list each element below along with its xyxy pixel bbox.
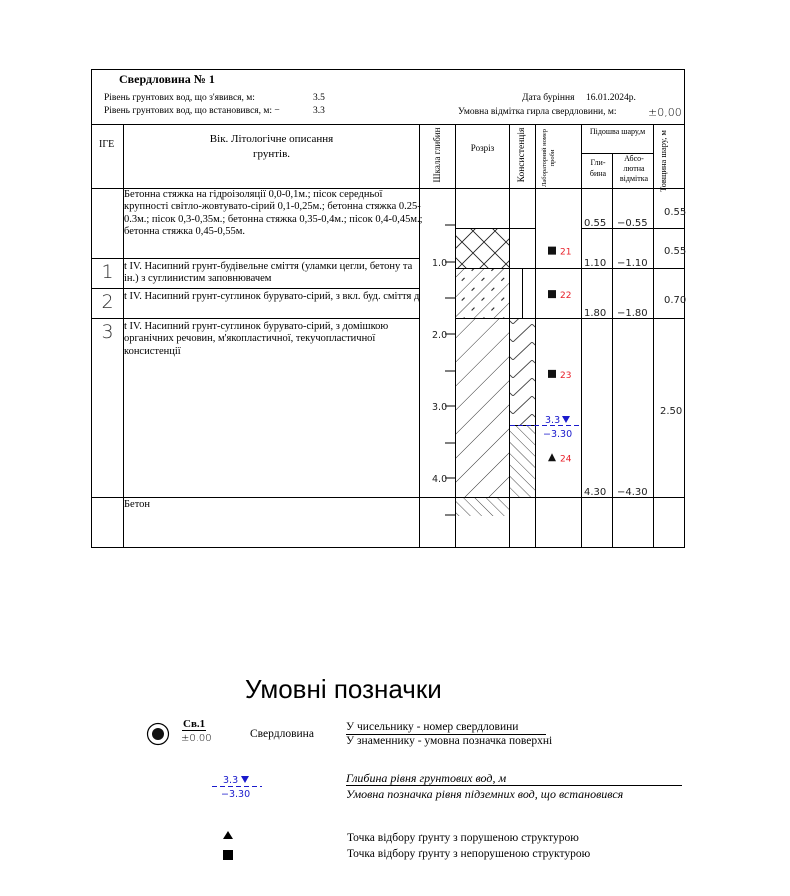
ige-number-1: 1 <box>92 261 123 283</box>
legend-groundwater-symbol: 3.3 −3.30 <box>210 772 265 800</box>
depth-scale-labels: 1.0 2.0 3.0 4.0 <box>432 258 447 485</box>
sample-number: 24 <box>560 454 572 464</box>
svg-text:1.0: 1.0 <box>432 258 447 269</box>
triangle-icon <box>548 453 556 461</box>
svg-text:3.0: 3.0 <box>432 402 447 413</box>
svg-text:0.55: 0.55 <box>664 207 686 218</box>
svg-text:−1.10: −1.10 <box>617 258 648 269</box>
svg-text:2.0: 2.0 <box>432 330 447 341</box>
col-consistency: Консистенція <box>517 115 527 195</box>
col-description-line1: Вік. Літологічне описання <box>124 133 419 145</box>
legend-borehole-den-desc: У знаменнику - умовна позначка поверхні <box>346 735 552 748</box>
legend-borehole-label: Свердловина <box>250 728 314 740</box>
svg-text:−4.30: −4.30 <box>617 487 648 498</box>
svg-text:−3.30: −3.30 <box>543 429 572 440</box>
groundwater-marker: 3.3 −3.30 <box>543 415 572 440</box>
svg-text:−0.55: −0.55 <box>617 218 648 229</box>
svg-text:1.80: 1.80 <box>584 308 606 319</box>
svg-text:−3.30: −3.30 <box>221 789 250 800</box>
svg-text:3.3: 3.3 <box>223 775 238 786</box>
square-icon <box>223 850 233 860</box>
layer-description-2: t IV. Насипний грунт-суглинок бурувато-с… <box>124 291 420 303</box>
svg-text:−1.80: −1.80 <box>617 308 648 319</box>
legend-disturbed-desc: Точка відбору ґрунту з порушеною структу… <box>347 832 579 844</box>
ige-number-3: 3 <box>92 321 123 343</box>
svg-text:4.30: 4.30 <box>584 487 606 498</box>
svg-text:0.55: 0.55 <box>664 246 686 257</box>
triangle-icon <box>222 830 234 840</box>
sample-number: 22 <box>560 291 571 301</box>
col-section: Розріз <box>456 143 509 153</box>
layer-description-3: t IV. Насипний грунт-суглинок бурувато-с… <box>124 321 424 358</box>
legend-title: Умовні позначки <box>245 674 442 705</box>
svg-text:0.55: 0.55 <box>584 218 606 229</box>
col-thickness: Товщина шару, м <box>658 129 680 193</box>
svg-text:2.50: 2.50 <box>660 406 682 417</box>
sample-number: 21 <box>560 248 571 258</box>
borehole-symbol-icon <box>146 722 170 746</box>
ige-number-2: 2 <box>92 291 123 313</box>
col-depth-scale: Шкала глибин <box>432 114 442 196</box>
layer-description-1: t IV. Насипний грунт-будівельне сміття (… <box>124 261 424 286</box>
svg-text:4.0: 4.0 <box>432 474 447 485</box>
groundwater-triangle-icon <box>562 416 570 423</box>
svg-text:0.70: 0.70 <box>664 295 686 306</box>
square-icon <box>548 290 556 298</box>
legend-undisturbed-desc: Точка відбору ґрунту з непорушеною струк… <box>347 848 590 860</box>
svg-text:1.10: 1.10 <box>584 258 606 269</box>
col-description-line2: грунтів. <box>124 148 419 160</box>
legend-gw-den-desc: Умовна позначка рівня підземних вод, що … <box>346 787 623 801</box>
square-icon <box>548 247 556 255</box>
svg-text:3.3: 3.3 <box>545 415 560 426</box>
layer-description-4: Бетон <box>124 499 424 511</box>
layer-description-0: Бетонна стяжка на гідроізоляції 0,0-0,1м… <box>124 189 424 239</box>
col-base-depth: Гли-бина <box>584 157 612 179</box>
col-lab-number: Лабораторний номер проби <box>541 127 557 189</box>
groundwater-triangle-icon <box>241 776 249 783</box>
legend-gw-num-desc: Глибина рівня грунтових вод, м <box>346 771 682 786</box>
layer-values: 0.55 −0.55 0.55 1.10 −1.10 0.55 1.80 −1.… <box>584 207 686 498</box>
legend-borehole-num: Св.1 <box>182 718 206 731</box>
col-base-abs: Абсо-лютна відмітка <box>614 154 654 184</box>
legend-borehole-elev: ±0.00 <box>181 733 212 744</box>
legend-borehole-num-desc: У чисельнику - номер свердловини <box>346 721 546 735</box>
sample-number: 23 <box>560 371 571 381</box>
square-icon <box>548 370 556 378</box>
col-ige: ІГЕ <box>99 139 114 150</box>
col-base-group: Підошва шару,м <box>582 127 653 137</box>
